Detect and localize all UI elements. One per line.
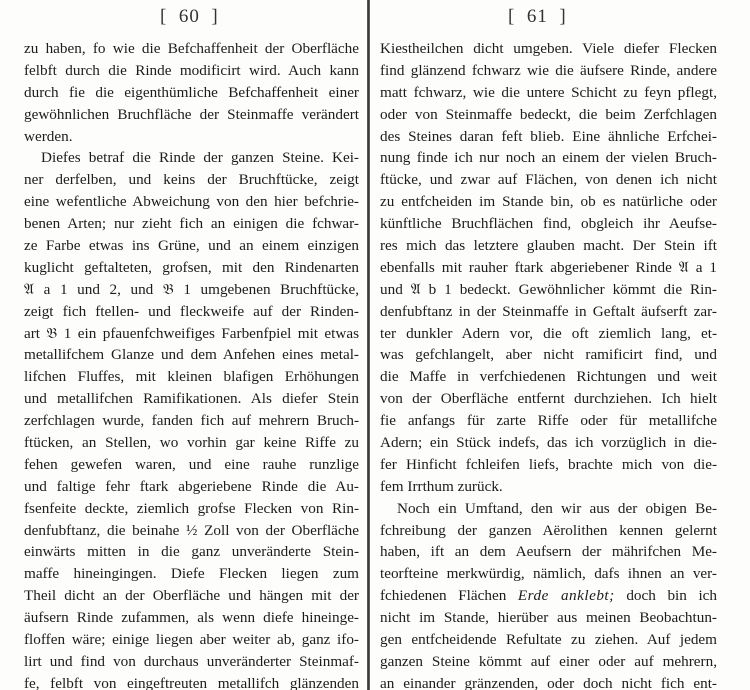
text-line: fer Hinficht fchleifen liefs, brachte mi… — [380, 454, 717, 476]
right-page: [ 61 ] Kiestheilchen dicht umgeben. Viel… — [371, 0, 750, 690]
text-line: denfubftanz in der Steinmaffe in Geftalt… — [380, 301, 717, 323]
text-line: fehen gewefen waren, und eine rauhe runz… — [24, 454, 359, 476]
text-line: künftliche Bruchflächen find, obgleich i… — [380, 213, 717, 235]
right-page-body: Kiestheilchen dicht umgeben. Viele diefe… — [380, 38, 717, 690]
text-line: kuglicht geftalteten, grofsen, mit den R… — [24, 257, 359, 279]
text-line: find glänzend fchwarz wie die äufsere Ri… — [380, 60, 717, 82]
text-line: an einander gränzenden, oder doch nicht … — [380, 673, 717, 690]
text-line: lifchen Fluffes, mit kleinen blafigen Er… — [24, 366, 359, 388]
page-number-left: [ 60 ] — [160, 6, 219, 28]
text-line: fie anfangs für zarte Riffe oder für met… — [380, 410, 717, 432]
book-spread: [ 60 ] zu haben, fo wie die Befchaffenhe… — [0, 0, 750, 690]
text-line: äufsern Rinde zufammen, als wenn diefe h… — [24, 607, 359, 629]
text-line: metallifchem Glanze und dem Anfehen eine… — [24, 344, 359, 366]
text-span: fchiedenen Flächen — [380, 587, 518, 604]
text-line: fe, felbft von eingeftreuten metallifch … — [24, 673, 359, 690]
text-line: zu haben, fo wie die Befchaffenheit der … — [24, 38, 359, 60]
page-number-right: [ 61 ] — [508, 6, 567, 28]
text-line: lirt und find von durchaus unveränderter… — [24, 651, 359, 673]
page-gutter-divider — [367, 0, 370, 690]
text-line: res mich das letztere glauben macht. Der… — [380, 235, 717, 257]
text-line: denfubftanz, die beinahe ½ Zoll von der … — [24, 520, 359, 542]
text-line: ganzen Steine kömmt auf einer oder auf m… — [380, 651, 717, 673]
text-line: zerfchlagen wurde, fanden fich auf mehre… — [24, 410, 359, 432]
text-line: matt fchwarz, wie die untere Schicht zu … — [380, 82, 717, 104]
text-line: Theil dicht an der Oberfläche und hängen… — [24, 585, 359, 607]
left-page: [ 60 ] zu haben, fo wie die Befchaffenhe… — [0, 0, 368, 690]
text-line: und faltige fehr ftark abgeriebene Rinde… — [24, 476, 359, 498]
text-line: Adern; ein Stück indefs, das ich vorzügl… — [380, 432, 717, 454]
text-line: ner derfelben, und keins der Bruchftücke… — [24, 169, 359, 191]
text-line: nung finde ich nur noch an einem der vie… — [380, 147, 717, 169]
text-line: haben, ift an dem Aeufsern der mährifche… — [380, 541, 717, 563]
text-line: ftücke, und zwar auf Flächen, von denen … — [380, 169, 717, 191]
text-line: art 𝔅 1 ein pfauenfchweifiges Farbenfpie… — [24, 323, 359, 345]
text-line: ftücken, an Stellen, wo vorhin gar keine… — [24, 432, 359, 454]
text-line: die Maffe in verfchiedenen Richtungen un… — [380, 366, 717, 388]
text-line: einwärts mitten in die ganz unveränderte… — [24, 541, 359, 563]
text-line: fchiedenen Flächen Erde anklebt; doch bi… — [380, 585, 717, 607]
text-line: eine wefentliche Abweichung von den hier… — [24, 191, 359, 213]
text-line: maffe hineingingen. Diefe Flecken liegen… — [24, 563, 359, 585]
text-line: Noch ein Umftand, den wir aus der obigen… — [380, 498, 717, 520]
text-line: ebenfalls mit rauher ftark abgeriebener … — [380, 257, 717, 279]
left-page-body: zu haben, fo wie die Befchaffenheit der … — [24, 38, 359, 690]
text-line: des Steines daran feft blieb. Eine ähnli… — [380, 126, 717, 148]
text-line: und metallifchen Ramifikationen. Als die… — [24, 388, 359, 410]
text-line: benen Arten; nur zieht fich an einigen d… — [24, 213, 359, 235]
text-line: fsenfeite deckte, ziemlich grofse Flecke… — [24, 498, 359, 520]
text-line: teorfteine merkwürdig, nämlich, dafs ihn… — [380, 563, 717, 585]
text-line: fchreibung der ganzen Aërolithen kennen … — [380, 520, 717, 542]
text-line: gewöhnlichen Bruchfläche der Steinmaffe … — [24, 104, 359, 126]
text-line: ze Farbe etwas ins Grüne, und an einem e… — [24, 235, 359, 257]
text-line: werden. — [24, 126, 359, 148]
text-line: fem Irrthum zurück. — [380, 476, 717, 498]
text-line: zeigt fich ftellen- und fleckweife auf d… — [24, 301, 359, 323]
text-line: von der Oberfläche entfernt durchziehen.… — [380, 388, 717, 410]
text-line: zu entfcheiden im Stande bin, ob es natü… — [380, 191, 717, 213]
text-line: floffen wäre; einige liegen aber weiter … — [24, 629, 359, 651]
text-line: was gefchlangelt, aber nicht ramificirt … — [380, 344, 717, 366]
text-line: Kiestheilchen dicht umgeben. Viele diefe… — [380, 38, 717, 60]
text-line: ter dunkler Adern vor, die oft ziemlich … — [380, 323, 717, 345]
text-line: nicht im Stande, hierüber aus meinen Beo… — [380, 607, 717, 629]
text-span: doch bin ich — [615, 587, 717, 604]
text-line: oder von Steinmaffe bedeckt, die beim Ze… — [380, 104, 717, 126]
text-line: felbft durch die Rinde modificirt wird. … — [24, 60, 359, 82]
text-line: 𝔄 a 1 und 2, und 𝔅 1 umgebenen Bruchftüc… — [24, 279, 359, 301]
text-line: durch fie die eigenthümliche Befchaffenh… — [24, 82, 359, 104]
emphasized-text: Erde anklebt; — [518, 587, 615, 604]
text-line: gen entfcheidende Refultate zu ziehen. A… — [380, 629, 717, 651]
text-line: und 𝔄 b 1 bedeckt. Gewöhnlicher kömmt di… — [380, 279, 717, 301]
text-line: Diefes betraf die Rinde der ganzen Stein… — [24, 147, 359, 169]
